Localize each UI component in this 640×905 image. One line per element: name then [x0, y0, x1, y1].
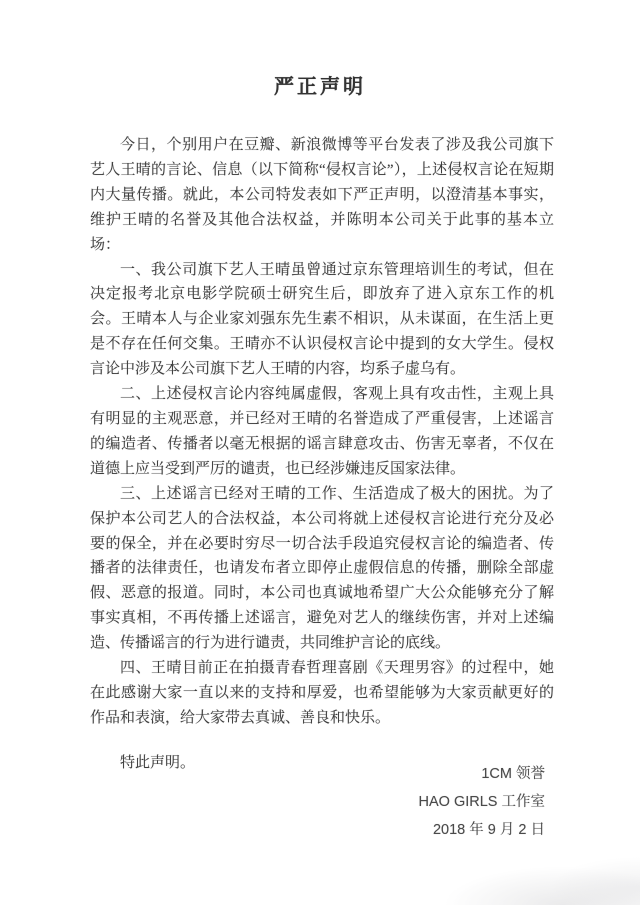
paragraph-item-2: 二、上述侵权言论内容纯属虚假，客观上具有攻击性，主观上具有明显的主观恶意，并已经…	[90, 382, 554, 482]
statement-body: 今日，个别用户在豆瓣、新浪微博等平台发表了涉及我公司旗下艺人王晴的言论、信息（以…	[90, 133, 554, 776]
document-page: 严正声明 今日，个别用户在豆瓣、新浪微博等平台发表了涉及我公司旗下艺人王晴的言论…	[0, 0, 640, 905]
signature-date: 2018 年 9 月 2 日	[419, 816, 546, 844]
paragraph-item-3: 三、上述谣言已经对王晴的工作、生活造成了极大的困扰。为了保护本公司艺人的合法权益…	[90, 482, 554, 656]
signature-block: 1CM 领誉 HAO GIRLS 工作室 2018 年 9 月 2 日	[419, 760, 546, 844]
statement-title: 严正声明	[0, 0, 640, 99]
paragraph-item-1: 一、我公司旗下艺人王晴虽曾通过京东管理培训生的考试，但在决定报考北京电影学院硕士…	[90, 258, 554, 383]
paragraph-intro: 今日，个别用户在豆瓣、新浪微博等平台发表了涉及我公司旗下艺人王晴的言论、信息（以…	[90, 133, 554, 258]
paragraph-item-4: 四、王晴目前正在拍摄青春哲理喜剧《天理男容》的过程中，她在此感谢大家一直以来的支…	[90, 656, 554, 731]
signature-company-name: 1CM 领誉	[419, 760, 546, 788]
signature-studio-name: HAO GIRLS 工作室	[419, 788, 546, 816]
